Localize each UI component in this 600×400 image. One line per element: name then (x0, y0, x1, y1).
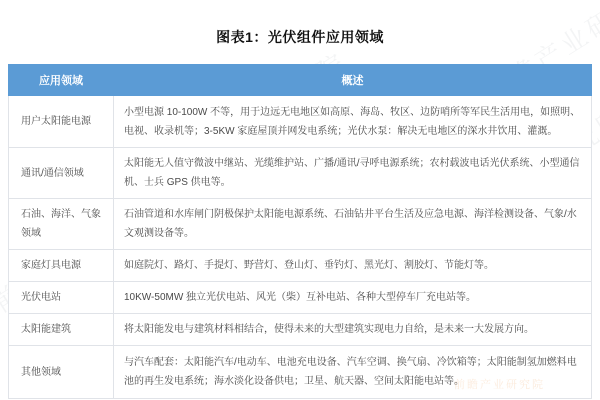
field-cell: 家庭灯具电源 (9, 250, 114, 282)
overview-cell: 小型电源 10-100W 不等，用于边远无电地区如高原、海岛、牧区、边防哨所等军… (114, 96, 592, 148)
application-fields-table: 应用领域 概述 用户太阳能电源 小型电源 10-100W 不等，用于边远无电地区… (8, 64, 592, 399)
table-row: 太阳能建筑 将太阳能发电与建筑材料相结合，使得未来的大型建筑实现电力自给，是未来… (9, 314, 592, 346)
table-row: 通讯/通信领域 太阳能无人值守微波中继站、光缆维护站、广播/通讯/寻呼电源系统；… (9, 148, 592, 199)
table-header-row: 应用领域 概述 (9, 65, 592, 96)
field-cell: 太阳能建筑 (9, 314, 114, 346)
overview-cell: 如庭院灯、路灯、手提灯、野营灯、登山灯、垂钓灯、黑光灯、割胶灯、节能灯等。 (114, 250, 592, 282)
field-cell: 用户太阳能电源 (9, 96, 114, 148)
overview-cell: 将太阳能发电与建筑材料相结合，使得未来的大型建筑实现电力自给，是未来一大发展方向… (114, 314, 592, 346)
overview-cell: 石油管道和水库闸门阴极保护太阳能电源系统、石油钻井平台生活及应急电源、海洋检测设… (114, 199, 592, 250)
overview-cell: 太阳能无人值守微波中继站、光缆维护站、广播/通讯/寻呼电源系统；农村载波电话光伏… (114, 148, 592, 199)
overview-cell: 与汽车配套：太阳能汽车/电动车、电池充电设备、汽车空调、换气扇、冷饮箱等；太阳能… (114, 346, 592, 399)
page-title: 图表1：光伏组件应用领域 (0, 27, 600, 47)
table-row: 用户太阳能电源 小型电源 10-100W 不等，用于边远无电地区如高原、海岛、牧… (9, 96, 592, 148)
field-cell: 其他领域 (9, 346, 114, 399)
field-cell: 石油、海洋、气象领域 (9, 199, 114, 250)
field-cell: 光伏电站 (9, 282, 114, 314)
table-row: 其他领域 与汽车配套：太阳能汽车/电动车、电池充电设备、汽车空调、换气扇、冷饮箱… (9, 346, 592, 399)
field-cell: 通讯/通信领域 (9, 148, 114, 199)
overview-cell: 10KW-50MW 独立光伏电站、风光（柴）互补电站、各种大型停车厂充电站等。 (114, 282, 592, 314)
column-header-overview: 概述 (114, 65, 592, 96)
table-row: 石油、海洋、气象领域 石油管道和水库闸门阴极保护太阳能电源系统、石油钻井平台生活… (9, 199, 592, 250)
table-row: 光伏电站 10KW-50MW 独立光伏电站、风光（柴）互补电站、各种大型停车厂充… (9, 282, 592, 314)
column-header-field: 应用领域 (9, 65, 114, 96)
table-row: 家庭灯具电源 如庭院灯、路灯、手提灯、野营灯、登山灯、垂钓灯、黑光灯、割胶灯、节… (9, 250, 592, 282)
